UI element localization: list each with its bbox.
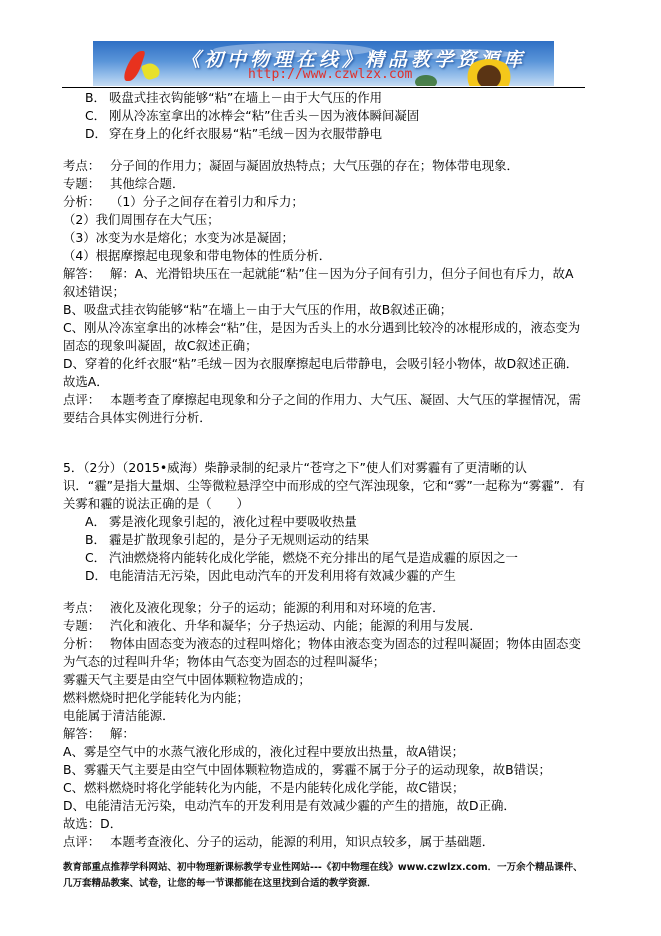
q5-zhuanti: 专题：汽化和液化、升华和凝华；分子热运动、内能；能源的利用与发展． xyxy=(63,617,585,635)
footer-line-1: 教育部重点推荐学科网站、初中物理新课标教学专业性网站---《初中物理在线》www… xyxy=(63,860,593,876)
jieda-line: B、雾霾天气主要是由空气中固体颗粒物造成的，雾霾不属于分子的运动现象，故B错误； xyxy=(63,761,585,779)
fenxi-text: 物体由固态变为液态的过程叫熔化；物体由液态变为固态的过程叫凝固；物体由固态变为气… xyxy=(63,636,581,669)
q4-jieda: 解答：解：A、光滑铅块压在一起就能“粘”住－因为分子间有引力，但分子间也有斥力，… xyxy=(63,265,585,301)
fenxi-line: （4）根据摩擦起电现象和带电物体的性质分析． xyxy=(63,247,585,265)
option-text: 汽油燃烧将内能转化成化学能，燃烧不充分排出的尾气是造成霾的原因之一 xyxy=(109,550,518,565)
option-letter: C． xyxy=(85,107,109,125)
option-text: 穿在身上的化纤衣服易“粘”毛绒－因为衣服带静电 xyxy=(109,126,382,141)
option-text: 电能清洁无污染，因此电动汽车的开发利用将有效减少霾的产生 xyxy=(109,568,456,583)
q4-zhuanti: 专题：其他综合题． xyxy=(63,175,585,193)
jieda-text: 解：A、光滑铅块压在一起就能“粘”住－因为分子间有引力，但分子间也有斥力，故A叙… xyxy=(63,266,573,299)
option-text: 刚从冷冻室拿出的冰棒会“粘”住舌头－因为液体瞬间凝固 xyxy=(109,108,419,123)
q5-kaodian: 考点：液化及液化现象；分子的运动；能源的利用和对环境的危害． xyxy=(63,599,585,617)
zhuanti-label: 专题： xyxy=(63,175,110,193)
document-body: B．吸盘式挂衣钩能够“粘”在墙上－由于大气压的作用 C．刚从冷冻室拿出的冰棒会“… xyxy=(63,89,585,851)
jieda-line: B、吸盘式挂衣钩能够“粘”在墙上－由于大气压的作用，故B叙述正确； xyxy=(63,301,585,319)
page-footer: 教育部重点推荐学科网站、初中物理新课标教学专业性网站---《初中物理在线》www… xyxy=(63,860,593,892)
header-rule xyxy=(62,87,585,88)
option-text: 吸盘式挂衣钩能够“粘”在墙上－由于大气压的作用 xyxy=(109,90,382,105)
option-letter: A． xyxy=(85,513,109,531)
option-text: 霾是扩散现象引起的，是分子无规则运动的结果 xyxy=(109,532,369,547)
jieda-line: D、电能清洁无污染，电动汽车的开发利用是有效减少霾的产生的措施，故D正确． xyxy=(63,797,585,815)
jieda-line: 故选A． xyxy=(63,373,585,391)
jieda-label: 解答： xyxy=(63,265,110,283)
jieda-line: D、穿着的化纤衣服“粘”毛绒－因为衣服摩擦起电后带静电，会吸引轻小物体，故D叙述… xyxy=(63,355,585,373)
fenxi-line: 电能属于清洁能源． xyxy=(63,707,585,725)
jieda-head: 解： xyxy=(110,726,135,741)
fenxi-line: （2）我们周围存在大气压； xyxy=(63,211,585,229)
dianping-text: 本题考查了摩擦起电现象和分子之间的作用力、大气压、凝固、大气压的掌握情况，需要结… xyxy=(63,392,581,425)
q4-option-b: B．吸盘式挂衣钩能够“粘”在墙上－由于大气压的作用 xyxy=(63,89,585,107)
zhuanti-text: 其他综合题． xyxy=(110,176,184,191)
jieda-label: 解答： xyxy=(63,725,110,743)
kaodian-label: 考点： xyxy=(63,157,110,175)
zhuanti-label: 专题： xyxy=(63,617,110,635)
czwlzx-logo-icon xyxy=(141,61,162,82)
jieda-line: 故选：D． xyxy=(63,815,585,833)
option-letter: D． xyxy=(85,567,109,585)
kaodian-text: 液化及液化现象；分子的运动；能源的利用和对环境的危害． xyxy=(110,600,445,615)
kaodian-text: 分子间的作用力；凝固与凝固放热特点；大气压强的存在；物体带电现象． xyxy=(110,158,519,173)
option-letter: B． xyxy=(85,531,109,549)
q4-kaodian: 考点：分子间的作用力；凝固与凝固放热特点；大气压强的存在；物体带电现象． xyxy=(63,157,585,175)
q5-option-d: D．电能清洁无污染，因此电动汽车的开发利用将有效减少霾的产生 xyxy=(63,567,585,585)
q5-stem: 5．（2分）（2015•威海）柴静录制的纪录片“苍穹之下”使人们对雾霾有了更清晰… xyxy=(63,459,585,513)
option-letter: B． xyxy=(85,89,109,107)
dianping-label: 点评： xyxy=(63,833,110,851)
footer-line-2: 几万套精品教案、试卷，让您的每一节课都能在这里找到合适的教学资源． xyxy=(63,876,593,892)
option-letter: D． xyxy=(85,125,109,143)
q4-dianping: 点评：本题考查了摩擦起电现象和分子之间的作用力、大气压、凝固、大气压的掌握情况，… xyxy=(63,391,585,427)
fenxi-label: 分析： xyxy=(63,635,110,653)
dianping-label: 点评： xyxy=(63,391,110,409)
fenxi-label: 分析： xyxy=(63,193,110,211)
q4-fenxi: 分析：（1）分子之间存在着引力和斥力； xyxy=(63,193,585,211)
option-text: 雾是液化现象引起的，液化过程中要吸收热量 xyxy=(109,514,357,529)
q5-option-c: C．汽油燃烧将内能转化成化学能，燃烧不充分排出的尾气是造成霾的原因之一 xyxy=(63,549,585,567)
q5-jieda: 解答：解： xyxy=(63,725,585,743)
spacer xyxy=(63,427,585,445)
jieda-line: C、燃料燃烧时将化学能转化为内能，不是内能转化成化学能，故C错误； xyxy=(63,779,585,797)
fenxi-text: （1）分子之间存在着引力和斥力； xyxy=(110,194,304,209)
jieda-line: A、雾是空气中的水蒸气液化形成的，液化过程中要放出热量，故A错误； xyxy=(63,743,585,761)
zhuanti-text: 汽化和液化、升华和凝华；分子热运动、内能；能源的利用与发展． xyxy=(110,618,482,633)
dianping-text: 本题考查液化、分子的运动，能源的利用，知识点较多，属于基础题． xyxy=(110,834,494,849)
q5-option-b: B．霾是扩散现象引起的，是分子无规则运动的结果 xyxy=(63,531,585,549)
spacer xyxy=(63,445,585,459)
jieda-line: C、刚从冷冻室拿出的冰棒会“粘”住，是因为舌头上的水分遇到比较冷的冰棍形成的，液… xyxy=(63,319,585,355)
kaodian-label: 考点： xyxy=(63,599,110,617)
q5-option-a: A．雾是液化现象引起的，液化过程中要吸收热量 xyxy=(63,513,585,531)
fenxi-line: 燃料燃烧时把化学能转化为内能； xyxy=(63,689,585,707)
site-banner: 《初中物理在线》精品教学资源库 http://www.czwlzx.com xyxy=(93,41,554,86)
option-letter: C． xyxy=(85,549,109,567)
spacer xyxy=(63,143,585,157)
fenxi-line: （3）冰变为水是熔化；水变为冰是凝固； xyxy=(63,229,585,247)
leaves-decoration xyxy=(415,75,437,86)
q5-dianping: 点评：本题考查液化、分子的运动，能源的利用，知识点较多，属于基础题． xyxy=(63,833,585,851)
q5-fenxi: 分析：物体由固态变为液态的过程叫熔化；物体由液态变为固态的过程叫凝固；物体由固态… xyxy=(63,635,585,671)
spacer xyxy=(63,585,585,599)
q4-option-d: D．穿在身上的化纤衣服易“粘”毛绒－因为衣服带静电 xyxy=(63,125,585,143)
banner-url: http://www.czwlzx.com xyxy=(248,67,412,82)
q4-option-c: C．刚从冷冻室拿出的冰棒会“粘”住舌头－因为液体瞬间凝固 xyxy=(63,107,585,125)
fenxi-line: 雾霾天气主要是由空气中固体颗粒物造成的； xyxy=(63,671,585,689)
